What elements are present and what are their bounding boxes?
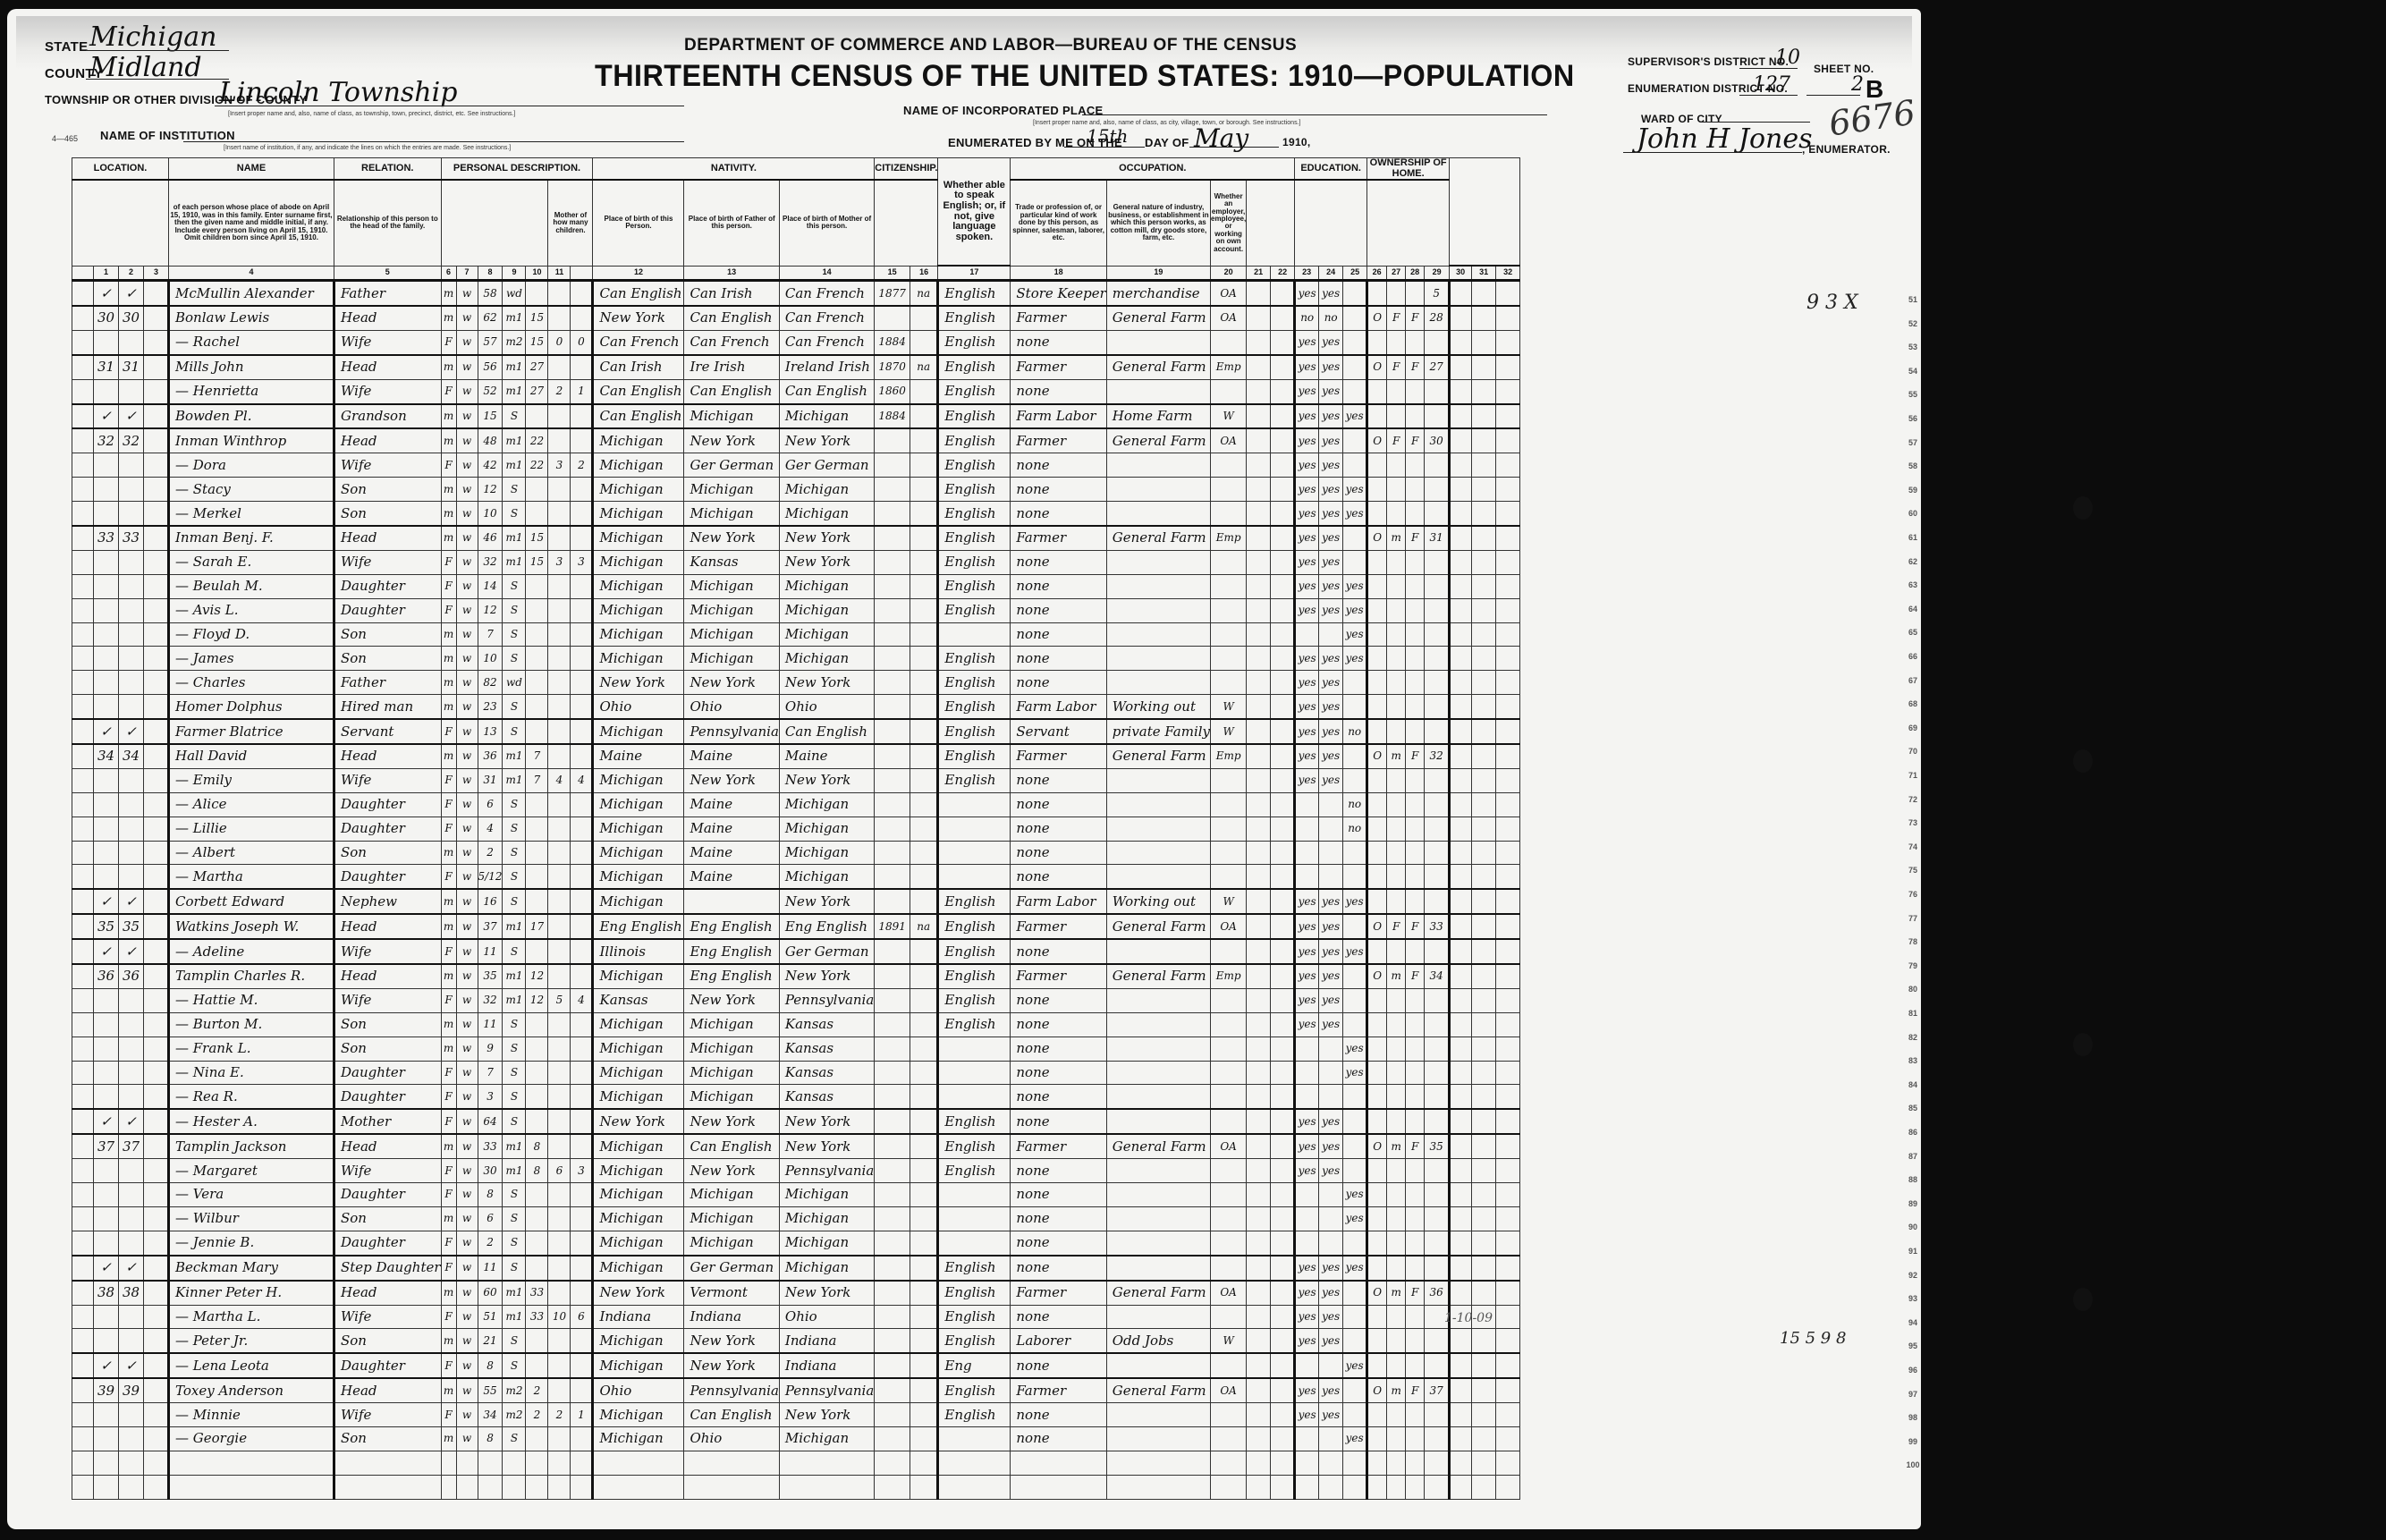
cell-liv <box>571 647 593 671</box>
margin-line-number: 99 <box>1903 1437 1923 1446</box>
relation-desc: Relationship of this person to the head … <box>334 180 442 266</box>
cell-empty <box>1271 1305 1295 1329</box>
cell-name: Bonlaw Lewis <box>169 306 334 330</box>
cell-ms: S <box>503 1256 526 1281</box>
cell-empty <box>1496 1183 1520 1207</box>
cell-empty <box>1450 1475 1472 1499</box>
cell-rel: Head <box>334 964 442 988</box>
cell-c25: yes <box>1343 889 1367 914</box>
cell-empty <box>1271 526 1295 550</box>
cell-ind: General Farm <box>1106 428 1210 453</box>
cell-eng: English <box>938 598 1011 622</box>
cell-fam <box>119 1061 144 1085</box>
cell-nat <box>910 889 937 914</box>
cell-empty <box>1450 598 1472 622</box>
cell-empty <box>72 1037 94 1061</box>
institution-hint: [Insert name of institution, if any, and… <box>224 145 511 151</box>
cell-emp <box>1211 1305 1247 1329</box>
cell-c23: yes <box>1295 1281 1319 1305</box>
cell-bp: Michigan <box>593 889 684 914</box>
cell-c26 <box>1367 1037 1387 1061</box>
cell-bf: Eng English <box>684 914 779 939</box>
cell-empty <box>1472 1353 1496 1378</box>
cell-empty <box>1472 1206 1496 1231</box>
cell-empty <box>1247 792 1271 817</box>
cell-ms: m2 <box>503 1378 526 1402</box>
supervisor-label: SUPERVISOR'S DISTRICT NO. <box>1628 55 1789 68</box>
cell-ind <box>1106 1206 1210 1231</box>
cell-empty <box>72 889 94 914</box>
cell-bp: Michigan <box>593 1159 684 1183</box>
cell-age: 6 <box>478 1206 503 1231</box>
personal-subheads <box>441 180 548 266</box>
group-location: LOCATION. <box>72 158 169 181</box>
cell-empty <box>1450 695 1472 719</box>
enumerator-line <box>1623 152 1802 153</box>
cell-empty <box>1496 988 1520 1012</box>
cell-empty <box>72 526 94 550</box>
cell-race: w <box>456 1159 478 1183</box>
cell-emp <box>1211 453 1247 478</box>
cell-c29: 32 <box>1425 744 1450 768</box>
cell-born <box>548 1231 571 1255</box>
cell-empty <box>1496 622 1520 647</box>
cell-trade: Farmer <box>1011 964 1106 988</box>
cell-race: w <box>456 1061 478 1085</box>
cell-born: 3 <box>548 550 571 574</box>
cell-age: 35 <box>478 964 503 988</box>
cell-c29 <box>1425 574 1450 598</box>
cell-empty <box>1472 550 1496 574</box>
table-row: — Floyd D.Sonmw7SMichiganMichiganMichiga… <box>72 622 1520 647</box>
cell-empty <box>1450 647 1472 671</box>
margin-line-number: 52 <box>1903 319 1923 328</box>
cell-bp: Can Irish <box>593 355 684 379</box>
cell-trade: Servant <box>1011 719 1106 744</box>
cell-race: w <box>456 355 478 379</box>
table-row: — Nina E.DaughterFw7SMichiganMichiganKan… <box>72 1061 1520 1085</box>
cell-bp: New York <box>593 1109 684 1134</box>
cell-nat <box>910 379 937 403</box>
cell-imm: 1884 <box>875 404 910 429</box>
cell-sex: F <box>441 574 456 598</box>
cell-ind <box>1106 1475 1210 1499</box>
cell-imm: 1884 <box>875 330 910 354</box>
cell-eng: Eng <box>938 1353 1011 1378</box>
cell-emp <box>1211 1012 1247 1037</box>
cell-fam: 31 <box>119 355 144 379</box>
cell-bp: Kansas <box>593 988 684 1012</box>
cell-emp <box>1211 1037 1247 1061</box>
cell-ms: S <box>503 939 526 964</box>
cell-empty <box>1472 404 1496 429</box>
cell-empty <box>1450 1206 1472 1231</box>
cell-empty <box>144 914 169 939</box>
cell-empty <box>1496 1329 1520 1353</box>
cell-imm <box>875 1353 910 1378</box>
cell-nat <box>910 988 937 1012</box>
census-rows: ✓✓McMullin AlexanderFathermw58wdCan Engl… <box>72 281 1520 1500</box>
table-row: ✓✓— AdelineWifeFw11SIllinoisEng EnglishG… <box>72 939 1520 964</box>
cell-imm <box>875 622 910 647</box>
cell-race: w <box>456 550 478 574</box>
cell-fam <box>119 1037 144 1061</box>
cell-yrs <box>526 792 548 817</box>
cell-rel: Daughter <box>334 817 442 841</box>
cell-bf: Michigan <box>684 1183 779 1207</box>
cell-bp: Ohio <box>593 695 684 719</box>
cell-yrs <box>526 889 548 914</box>
cell-race: w <box>456 478 478 502</box>
cell-fam <box>119 1159 144 1183</box>
cell-empty <box>144 768 169 792</box>
cell-trade: none <box>1011 379 1106 403</box>
cell-empty <box>1450 1329 1472 1353</box>
cell-age: 2 <box>478 841 503 865</box>
cell-empty <box>1450 306 1472 330</box>
cell-c27 <box>1387 453 1406 478</box>
cell-empty <box>144 622 169 647</box>
cell-yrs <box>526 647 548 671</box>
column-number: 21 <box>1247 266 1271 281</box>
cell-nat <box>910 526 937 550</box>
cell-race: w <box>456 330 478 354</box>
cell-liv <box>571 1134 593 1158</box>
cell-c29: 30 <box>1425 428 1450 453</box>
cell-ms: m1 <box>503 306 526 330</box>
cell-name: Farmer Blatrice <box>169 719 334 744</box>
cell-empty <box>144 671 169 695</box>
cell-ind: General Farm <box>1106 1378 1210 1402</box>
cell-yrs <box>526 841 548 865</box>
cell-empty <box>1496 744 1520 768</box>
cell-empty <box>144 647 169 671</box>
cell-age: 30 <box>478 1159 503 1183</box>
cell-name: — Frank L. <box>169 1037 334 1061</box>
cell-bm: Michigan <box>779 1256 874 1281</box>
cell-c24 <box>1319 1353 1343 1378</box>
cell-age: 10 <box>478 502 503 526</box>
cell-empty <box>1247 865 1271 889</box>
cell-c26: O <box>1367 744 1387 768</box>
cell-c24 <box>1319 817 1343 841</box>
cell-fam: 30 <box>119 306 144 330</box>
column-number: 7 <box>456 266 478 281</box>
cell-empty <box>1496 428 1520 453</box>
cell-c24 <box>1319 1426 1343 1451</box>
cell-trade: Farmer <box>1011 526 1106 550</box>
cell-ind <box>1106 841 1210 865</box>
cell-imm <box>875 889 910 914</box>
table-row: 3131Mills JohnHeadmw56m127Can IrishIre I… <box>72 355 1520 379</box>
cell-emp: OA <box>1211 281 1247 306</box>
cell-c28 <box>1406 817 1425 841</box>
cell-age: 62 <box>478 306 503 330</box>
cell-age: 23 <box>478 695 503 719</box>
cell-liv: 4 <box>571 988 593 1012</box>
cell-empty <box>1247 502 1271 526</box>
cell-imm: 1877 <box>875 281 910 306</box>
cell-name: — Hester A. <box>169 1109 334 1134</box>
cell-c29 <box>1425 988 1450 1012</box>
cell-liv <box>571 1451 593 1475</box>
cell-fam: 38 <box>119 1281 144 1305</box>
margin-line-number: 95 <box>1903 1341 1923 1350</box>
cell-c28 <box>1406 1085 1425 1109</box>
cell-ind: General Farm <box>1106 744 1210 768</box>
cell-c28 <box>1406 1475 1425 1499</box>
cell-c28 <box>1406 1061 1425 1085</box>
cell-empty <box>1472 719 1496 744</box>
cell-rel: Head <box>334 355 442 379</box>
cell-liv: 1 <box>571 379 593 403</box>
cell-dw: ✓ <box>94 1109 119 1134</box>
cell-bp: Michigan <box>593 647 684 671</box>
cell-dw <box>94 792 119 817</box>
cell-empty <box>1472 502 1496 526</box>
cell-empty <box>1247 1037 1271 1061</box>
cell-c27: F <box>1387 914 1406 939</box>
cell-bp: New York <box>593 1281 684 1305</box>
cell-imm <box>875 1061 910 1085</box>
cell-empty <box>72 428 94 453</box>
column-number-row: 1234567891011121314151617181920212223242… <box>72 266 1520 281</box>
cell-emp: W <box>1211 404 1247 429</box>
cell-born: 6 <box>548 1159 571 1183</box>
cell-c29: 31 <box>1425 526 1450 550</box>
cell-ind: General Farm <box>1106 1134 1210 1158</box>
cell-c27 <box>1387 1353 1406 1378</box>
cell-c23: yes <box>1295 914 1319 939</box>
cell-c23 <box>1295 1475 1319 1499</box>
cell-liv <box>571 1329 593 1353</box>
cell-ms: S <box>503 1231 526 1255</box>
cell-empty <box>1450 1451 1472 1475</box>
cell-empty <box>1450 768 1472 792</box>
cell-c29: 27 <box>1425 355 1450 379</box>
cell-fam: ✓ <box>119 404 144 429</box>
cell-empty <box>72 695 94 719</box>
column-number: 32 <box>1496 266 1520 281</box>
cell-empty <box>1472 1426 1496 1451</box>
cell-age: 82 <box>478 671 503 695</box>
margin-line-number: 59 <box>1903 486 1923 495</box>
cell-sex: m <box>441 889 456 914</box>
cell-rel: Wife <box>334 550 442 574</box>
cell-bf: Pennsylvania <box>684 1378 779 1402</box>
margin-line-number: 80 <box>1903 985 1923 994</box>
cell-c25 <box>1343 768 1367 792</box>
cell-nat <box>910 404 937 429</box>
cell-c28 <box>1406 1353 1425 1378</box>
cell-empty <box>72 1159 94 1183</box>
citizenship-subheads <box>875 180 938 266</box>
cell-empty <box>72 478 94 502</box>
table-row: — Avis L.DaughterFw12SMichiganMichiganMi… <box>72 598 1520 622</box>
margin-line-number: 75 <box>1903 866 1923 875</box>
cell-c29: 35 <box>1425 1134 1450 1158</box>
cell-age: 8 <box>478 1183 503 1207</box>
cell-empty <box>1247 1256 1271 1281</box>
cell-bf: Indiana <box>684 1305 779 1329</box>
cell-c29 <box>1425 502 1450 526</box>
cell-name: — Beulah M. <box>169 574 334 598</box>
cell-dw <box>94 817 119 841</box>
cell-born <box>548 428 571 453</box>
cell-yrs: 27 <box>526 355 548 379</box>
cell-dw: 32 <box>94 428 119 453</box>
cell-empty <box>72 1061 94 1085</box>
cell-fam <box>119 1012 144 1037</box>
cell-born <box>548 1256 571 1281</box>
cell-liv <box>571 1426 593 1451</box>
table-row: 3838Kinner Peter H.Headmw60m133New YorkV… <box>72 1281 1520 1305</box>
cell-empty <box>144 404 169 429</box>
cell-bp: Michigan <box>593 1353 684 1378</box>
table-row: — Frank L.Sonmw9SMichiganMichiganKansasn… <box>72 1037 1520 1061</box>
column-number: 9 <box>503 266 526 281</box>
cell-yrs: 27 <box>526 379 548 403</box>
table-row: 3030Bonlaw LewisHeadmw62m115New YorkCan … <box>72 306 1520 330</box>
cell-empty <box>144 1281 169 1305</box>
cell-nat <box>910 428 937 453</box>
cell-c26 <box>1367 768 1387 792</box>
cell-c24 <box>1319 1475 1343 1499</box>
cell-born <box>548 1281 571 1305</box>
cell-c25: yes <box>1343 622 1367 647</box>
table-row: — LillieDaughterFw4SMichiganMaineMichiga… <box>72 817 1520 841</box>
cell-c23: yes <box>1295 355 1319 379</box>
cell-c29 <box>1425 1403 1450 1427</box>
cell-trade: Farm Labor <box>1011 404 1106 429</box>
cell-empty <box>1271 671 1295 695</box>
cell-ind <box>1106 1037 1210 1061</box>
cell-empty <box>1271 453 1295 478</box>
cell-fam: 34 <box>119 744 144 768</box>
cell-nat <box>910 502 937 526</box>
ownership-subheads <box>1367 180 1450 266</box>
cell-fam <box>119 1085 144 1109</box>
cell-yrs <box>526 695 548 719</box>
cell-age: 9 <box>478 1037 503 1061</box>
cell-ms: m1 <box>503 550 526 574</box>
cell-ms: S <box>503 647 526 671</box>
margin-line-number: 58 <box>1903 461 1923 470</box>
cell-empty <box>1271 1353 1295 1378</box>
cell-dw <box>94 330 119 354</box>
cell-c29: 5 <box>1425 281 1450 306</box>
cell-c26 <box>1367 1353 1387 1378</box>
cell-bm: Michigan <box>779 841 874 865</box>
cell-yrs <box>526 1353 548 1378</box>
cell-bp <box>593 1451 684 1475</box>
state-label: STATE <box>45 39 88 55</box>
cell-c24: yes <box>1319 428 1343 453</box>
cell-bp: Michigan <box>593 1085 684 1109</box>
cell-age: 64 <box>478 1109 503 1134</box>
cell-empty <box>144 574 169 598</box>
cell-c26 <box>1367 817 1387 841</box>
cell-ind <box>1106 1061 1210 1085</box>
cell-rel: Step Daughter <box>334 1256 442 1281</box>
cell-c27 <box>1387 1037 1406 1061</box>
ward-line <box>1701 122 1810 123</box>
cell-ms: m1 <box>503 988 526 1012</box>
cell-c28: F <box>1406 428 1425 453</box>
cell-trade: none <box>1011 478 1106 502</box>
cell-c29 <box>1425 768 1450 792</box>
cell-empty <box>1472 1061 1496 1085</box>
cell-fam <box>119 453 144 478</box>
cell-empty <box>1472 355 1496 379</box>
cell-bf: New York <box>684 1329 779 1353</box>
cell-empty <box>1271 988 1295 1012</box>
cell-empty <box>1247 330 1271 354</box>
cell-bm: Kansas <box>779 1085 874 1109</box>
cell-c26 <box>1367 719 1387 744</box>
cell-c27 <box>1387 502 1406 526</box>
cell-c29 <box>1425 330 1450 354</box>
cell-bf: New York <box>684 526 779 550</box>
table-row: 3535Watkins Joseph W.Headmw37m117Eng Eng… <box>72 914 1520 939</box>
cell-emp: W <box>1211 719 1247 744</box>
cell-c28 <box>1406 939 1425 964</box>
cell-bf: Eng English <box>684 939 779 964</box>
cell-empty <box>1271 1426 1295 1451</box>
cell-eng: English <box>938 330 1011 354</box>
cell-empty <box>1496 550 1520 574</box>
cell-empty <box>1472 478 1496 502</box>
trade-header: Trade or profession of, or particular ki… <box>1011 180 1106 266</box>
table-row: 3636Tamplin Charles R.Headmw35m112Michig… <box>72 964 1520 988</box>
cell-race: w <box>456 1281 478 1305</box>
cell-c25 <box>1343 744 1367 768</box>
cell-empty <box>1450 1037 1472 1061</box>
township-line <box>215 106 684 106</box>
margin-line-number: 81 <box>1903 1009 1923 1018</box>
cell-c25 <box>1343 1134 1367 1158</box>
cell-c26 <box>1367 404 1387 429</box>
cell-empty <box>144 817 169 841</box>
cell-c25 <box>1343 355 1367 379</box>
ward-label: WARD OF CITY <box>1641 113 1722 125</box>
cell-empty <box>1271 1329 1295 1353</box>
cell-dw <box>94 379 119 403</box>
cell-race: w <box>456 1183 478 1207</box>
cell-fam: ✓ <box>119 1256 144 1281</box>
margin-line-number: 53 <box>1903 343 1923 351</box>
cell-ind <box>1106 671 1210 695</box>
cell-bf: Ger German <box>684 453 779 478</box>
cell-born: 3 <box>548 453 571 478</box>
cell-born <box>548 404 571 429</box>
cell-yrs <box>526 1231 548 1255</box>
cell-sex: F <box>441 379 456 403</box>
table-row: ✓✓Bowden Pl.Grandsonmw15SCan EnglishMich… <box>72 404 1520 429</box>
cell-c28 <box>1406 1109 1425 1134</box>
cell-c26: O <box>1367 428 1387 453</box>
cell-empty <box>1271 768 1295 792</box>
cell-empty <box>1496 792 1520 817</box>
margin-line-number: 70 <box>1903 747 1923 756</box>
cell-emp <box>1211 1159 1247 1183</box>
cell-nat <box>910 1037 937 1061</box>
cell-sex: F <box>441 792 456 817</box>
cell-imm <box>875 1012 910 1037</box>
cell-c25 <box>1343 914 1367 939</box>
cell-empty <box>72 281 94 306</box>
cell-c25: yes <box>1343 478 1367 502</box>
